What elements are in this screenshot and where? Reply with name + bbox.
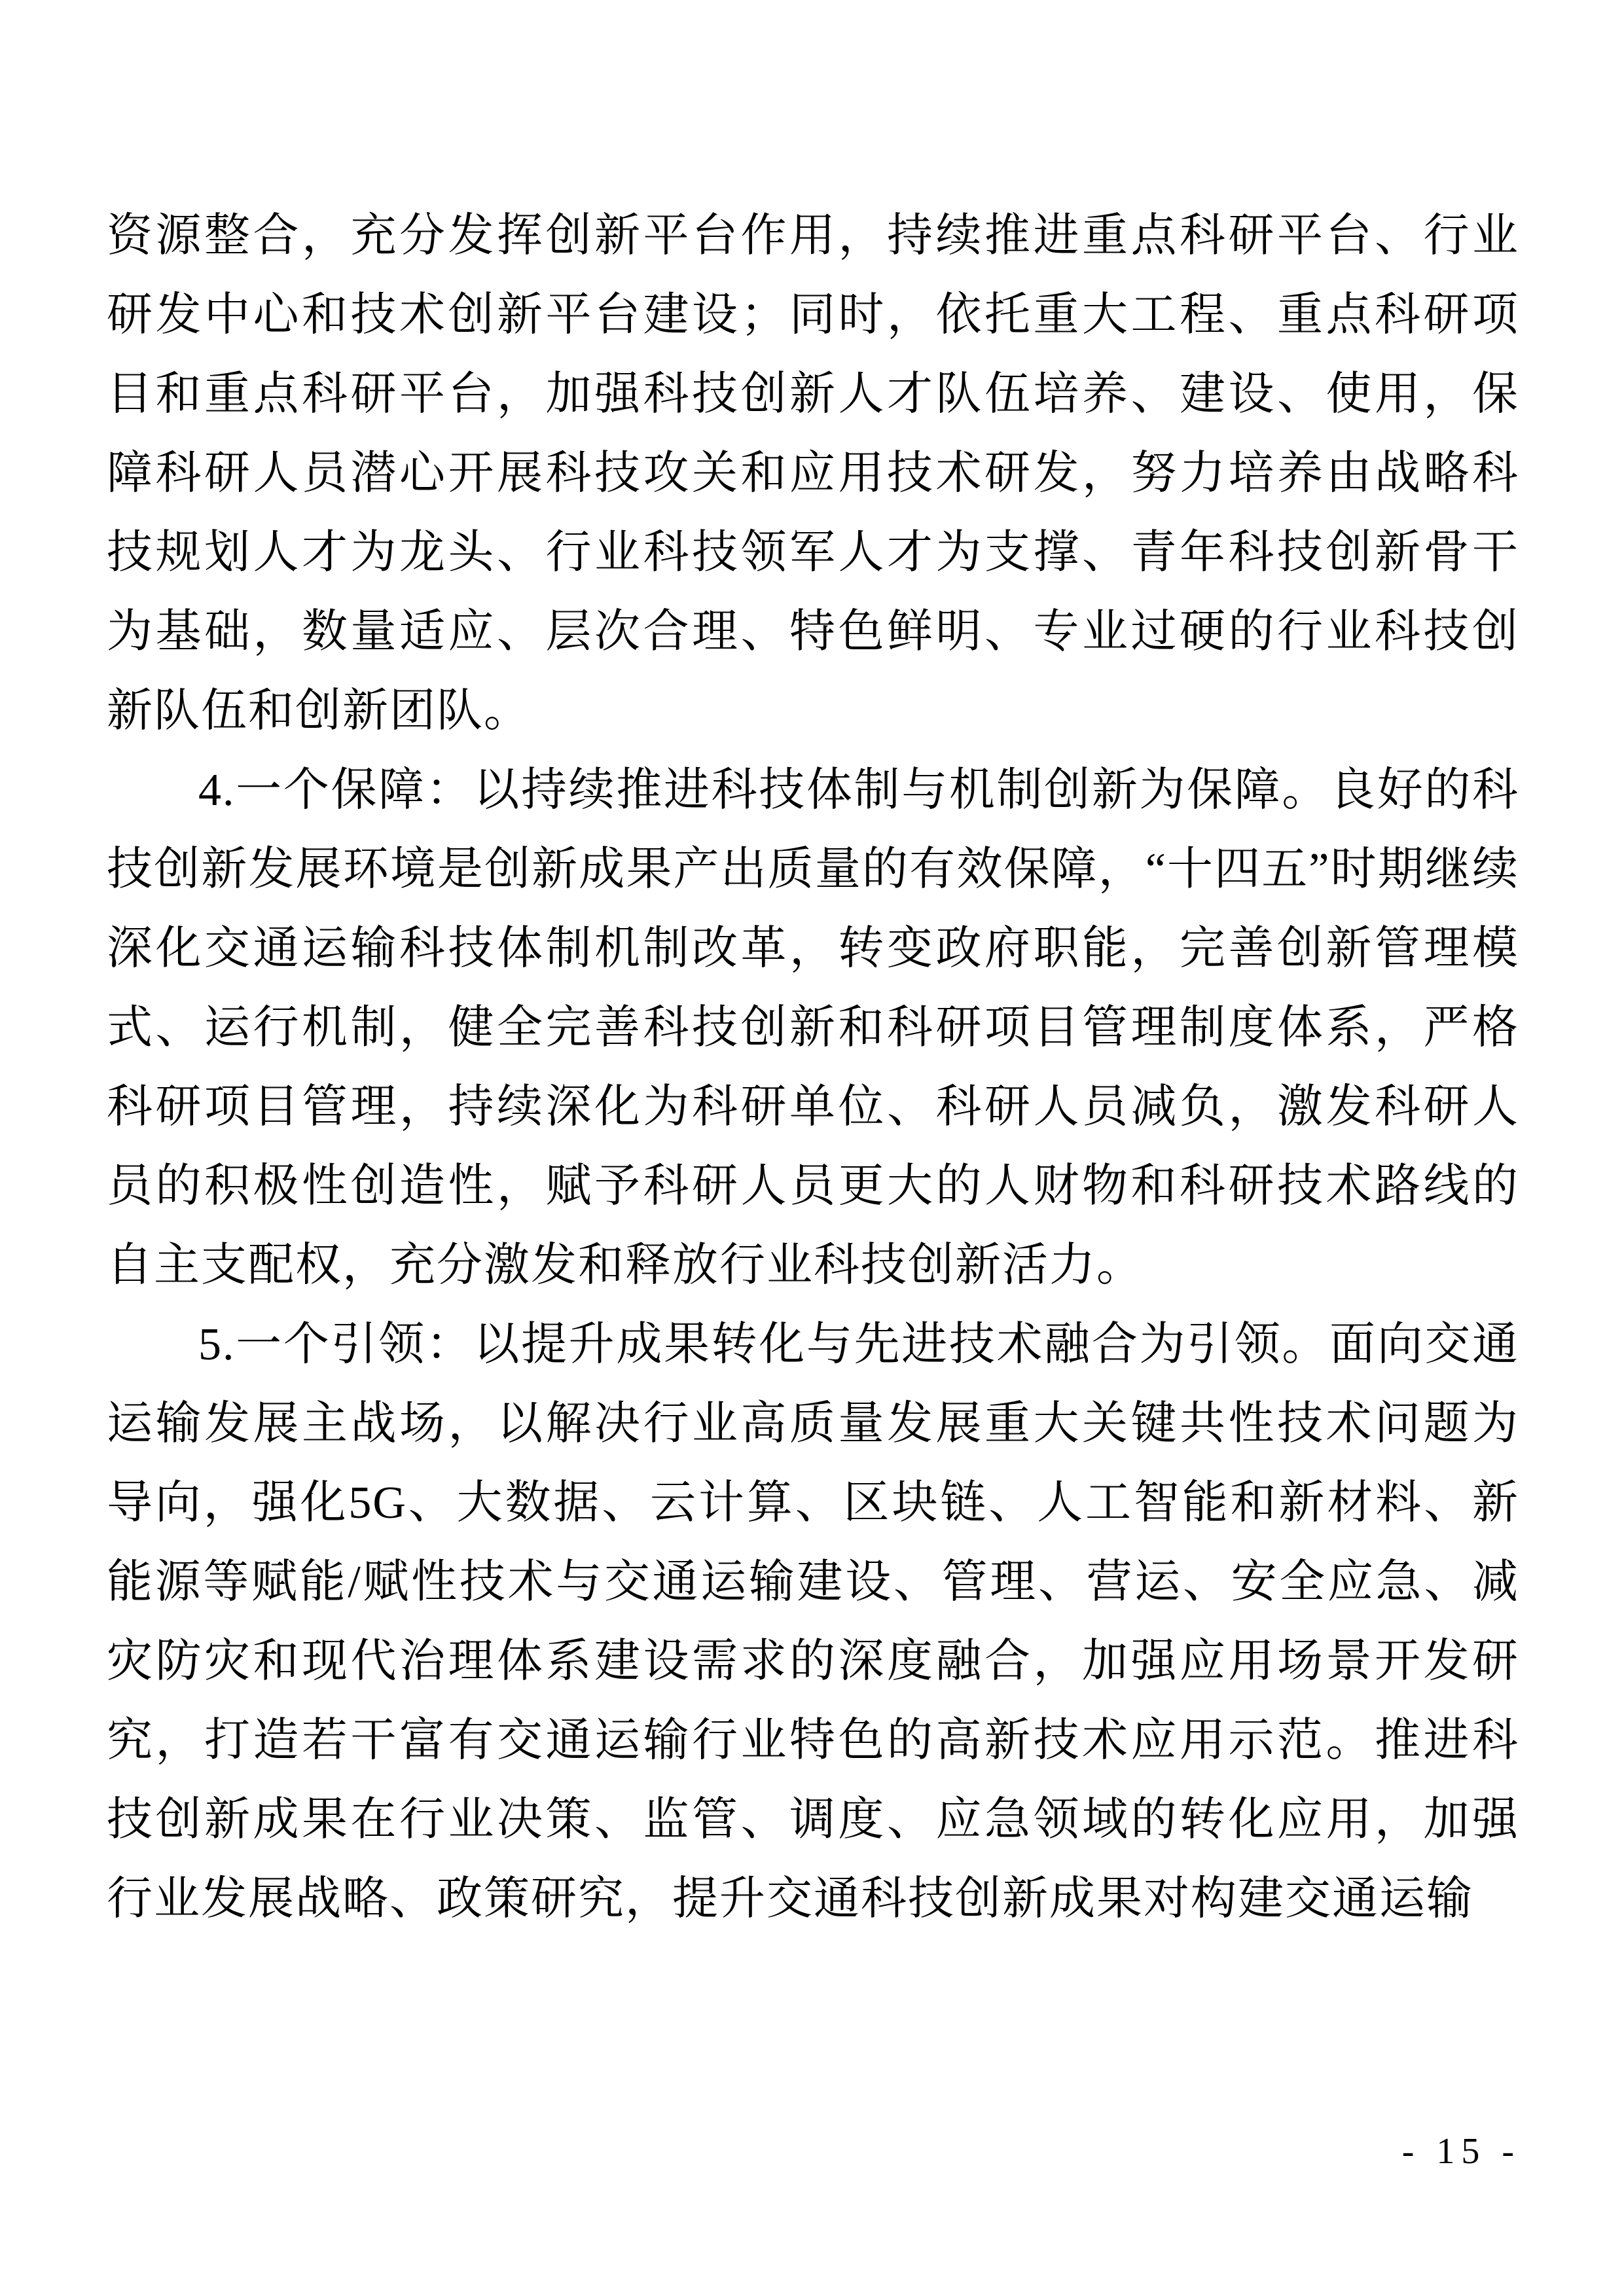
page-number: - 15 - xyxy=(1402,2131,1521,2172)
paragraph-item-5: 5.一个引领：以提升成果转化与先进技术融合为引领。面向交通运输发展主战场，以解决… xyxy=(107,1305,1519,1939)
paragraph-continuation: 资源整合，充分发挥创新平台作用，持续推进重点科研平台、行业研发中心和技术创新平台… xyxy=(107,196,1519,751)
document-page: 资源整合，充分发挥创新平台作用，持续推进重点科研平台、行业研发中心和技术创新平台… xyxy=(0,0,1624,2296)
page-footer: - 15 - xyxy=(1402,2130,1521,2172)
document-body: 资源整合，充分发挥创新平台作用，持续推进重点科研平台、行业研发中心和技术创新平台… xyxy=(107,196,1519,1939)
paragraph-item-4: 4.一个保障：以持续推进科技体制与机制创新为保障。良好的科技创新发展环境是创新成… xyxy=(107,751,1519,1305)
